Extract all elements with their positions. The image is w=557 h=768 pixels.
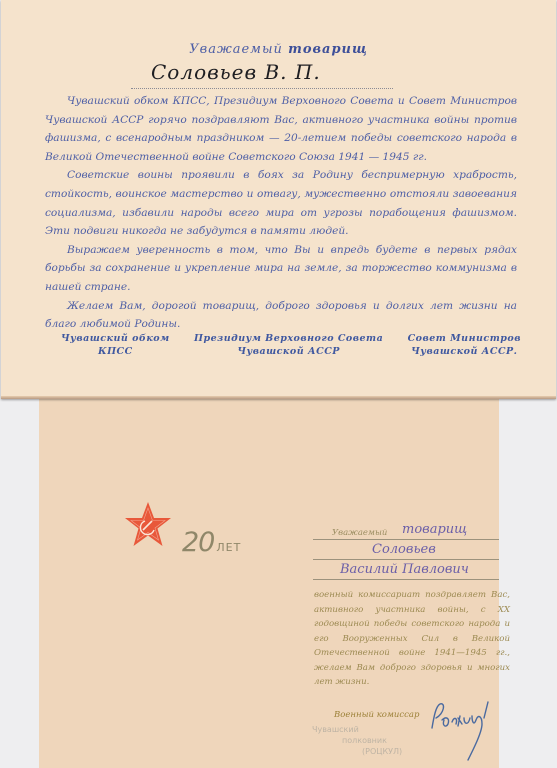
commissar-label: Военный комиссар	[334, 710, 419, 720]
signatory-line: Чувашской АССР.	[408, 345, 521, 358]
signatory-line: Чувашской АССР	[194, 345, 383, 358]
field-line	[313, 539, 499, 540]
handwritten-signature	[428, 698, 508, 768]
anniversary-unit: ЛЕТ	[216, 541, 241, 554]
stamp-line: (РОЦКУЛ)	[312, 746, 432, 757]
letter-paragraph: Выражаем уверенность в том, что Вы и впр…	[45, 241, 517, 297]
card-salutation-label: Уважаемый	[332, 528, 387, 538]
faded-stamp: Чувашский полковник (РОЦКУЛ)	[312, 724, 432, 757]
field-line	[313, 559, 499, 560]
recipient-name: Соловьев В. П.	[151, 60, 321, 84]
signatory-council-ministers: Совет Министров Чувашской АССР.	[408, 332, 521, 358]
signatories: Чувашский обком КПСС Президиум Верховног…	[61, 332, 521, 358]
card-handwritten-given-name: Василий Павлович	[340, 562, 469, 577]
letter-paragraph: Чувашский обком КПСС, Президиум Верховно…	[45, 92, 517, 166]
card-handwritten-surname: Соловьев	[372, 542, 436, 557]
signatory-line: КПСС	[61, 345, 170, 358]
signatory-line: Президиум Верховного Совета	[194, 332, 383, 345]
signatory-line: Совет Министров	[408, 332, 521, 345]
card-body-text: военный комиссариат поздравляет Вас, акт…	[314, 588, 510, 690]
letter-paragraph: Желаем Вам, дорогой товарищ, доброго здо…	[45, 297, 517, 334]
card-handwritten-title: товарищ	[402, 522, 467, 537]
red-star-hammer-sickle-icon	[123, 500, 173, 550]
field-line	[313, 579, 499, 580]
salutation-word: Уважаемый	[189, 42, 283, 57]
letter-salutation: Уважаемый товарищ	[1, 42, 556, 57]
signatory-line: Чувашский обком	[61, 332, 170, 345]
stamp-line: Чувашский	[312, 724, 432, 735]
name-dotted-line	[131, 88, 393, 89]
congratulation-letter: Уважаемый товарищ Соловьев В. П. Чувашск…	[1, 0, 556, 399]
stamp-line: полковник	[312, 735, 432, 746]
anniversary-title: 20ЛЕТ	[182, 527, 241, 558]
anniversary-number: 20	[182, 527, 214, 558]
signatory-presidium: Президиум Верховного Совета Чувашской АС…	[194, 332, 383, 358]
signatory-obkom: Чувашский обком КПСС	[61, 332, 170, 358]
salutation-comrade: товарищ	[288, 42, 368, 57]
letter-paragraph: Советские воины проявили в боях за Родин…	[45, 166, 517, 240]
letter-body: Чувашский обком КПСС, Президиум Верховно…	[45, 92, 517, 334]
